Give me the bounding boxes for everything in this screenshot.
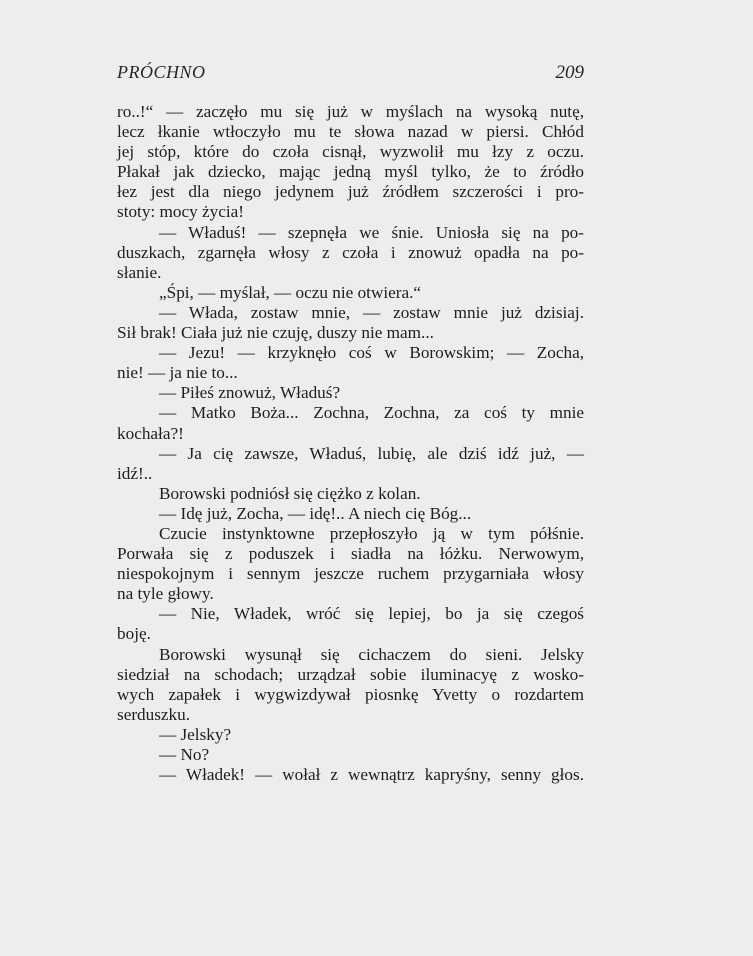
text-line: Porwała się z poduszek i siadła na łóżku… xyxy=(117,544,584,564)
book-page: PRÓCHNO 209 ro..!“ — zaczęło mu się już … xyxy=(0,0,753,956)
text-line: kochała?! xyxy=(117,424,584,444)
text-line: jej stóp, które do czoła cisnął, wyzwoli… xyxy=(117,142,584,162)
text-line: łez jest dla niego jedynem już źródłem s… xyxy=(117,182,584,202)
running-head: PRÓCHNO 209 xyxy=(117,62,584,86)
text-line: — Włada, zostaw mnie, — zostaw mnie już … xyxy=(117,303,584,323)
text-line: stoty: mocy życia! xyxy=(117,202,584,222)
text-line: Borowski wysunął się cichaczem do sieni.… xyxy=(117,645,584,665)
text-line: serduszku. xyxy=(117,705,584,725)
text-line: — Matko Boża... Zochna, Zochna, za coś t… xyxy=(117,403,584,423)
running-title: PRÓCHNO xyxy=(117,62,206,83)
text-line: nie! — ja nie to... xyxy=(117,363,584,383)
text-line: „Śpi, — myślał, — oczu nie otwiera.“ xyxy=(117,283,584,303)
text-line: — Idę już, Zocha, — idę!.. A niech cię B… xyxy=(117,504,584,524)
text-line: Płakał jak dziecko, mając jedną myśl tyl… xyxy=(117,162,584,182)
text-line: idź!.. xyxy=(117,464,584,484)
text-line: lecz łkanie wtłoczyło mu te słowa nazad … xyxy=(117,122,584,142)
text-line: niespokojnym i sennym jeszcze ruchem prz… xyxy=(117,564,584,584)
page-number: 209 xyxy=(556,62,585,84)
text-line: słanie. xyxy=(117,263,584,283)
text-line: — Piłeś znowuż, Właduś? xyxy=(117,383,584,403)
text-line: wych zapałek i wygwizdywał piosnkę Yvett… xyxy=(117,685,584,705)
text-line: — Ja cię zawsze, Właduś, lubię, ale dziś… xyxy=(117,444,584,464)
text-line: Czucie instynktowne przepłoszyło ją w ty… xyxy=(117,524,584,544)
text-line: duszkach, zgarnęła włosy z czoła i znowu… xyxy=(117,243,584,263)
text-line: na tyle głowy. xyxy=(117,584,584,604)
body-text: ro..!“ — zaczęło mu się już w myślach na… xyxy=(117,102,584,785)
text-line: ro..!“ — zaczęło mu się już w myślach na… xyxy=(117,102,584,122)
text-line: — Nie, Władek, wróć się lepiej, bo ja si… xyxy=(117,604,584,624)
text-line: — No? xyxy=(117,745,584,765)
text-line: — Władek! — wołał z wewnątrz kapryśny, s… xyxy=(117,765,584,785)
text-line: Borowski podniósł się ciężko z kolan. xyxy=(117,484,584,504)
text-line: — Jelsky? xyxy=(117,725,584,745)
text-line: siedział na schodach; urządzał sobie ilu… xyxy=(117,665,584,685)
text-line: — Jezu! — krzyknęło coś w Borowskim; — Z… xyxy=(117,343,584,363)
text-line: boję. xyxy=(117,624,584,644)
text-line: Sił brak! Ciała już nie czuję, duszy nie… xyxy=(117,323,584,343)
text-line: — Właduś! — szepnęła we śnie. Uniosła si… xyxy=(117,223,584,243)
